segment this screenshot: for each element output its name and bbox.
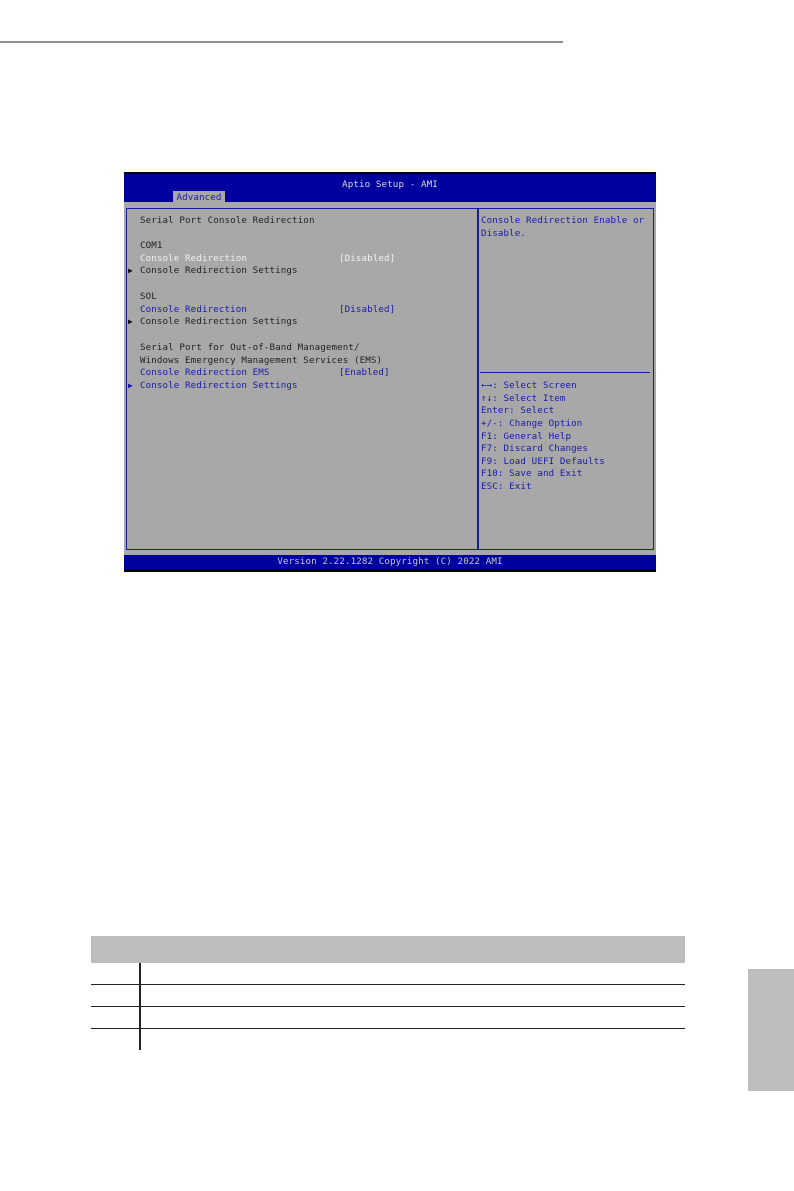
table-header	[91, 936, 685, 963]
key-hint-general-help: F1: General Help	[481, 431, 571, 443]
sol-console-redirection-value[interactable]: [Disabled]	[339, 304, 395, 316]
sol-label: SOL	[140, 291, 157, 303]
table-row	[91, 985, 685, 1007]
com1-label: COM1	[140, 240, 163, 252]
key-hint-exit: ESC: Exit	[481, 481, 532, 493]
table-row	[91, 963, 685, 985]
key-hint-save-exit: F10: Save and Exit	[481, 468, 582, 480]
bios-footer: Version 2.22.1282 Copyright (C) 2022 AMI	[124, 555, 656, 569]
page-header-rule	[0, 41, 563, 43]
bios-title: Aptio Setup - AMI	[124, 179, 656, 190]
ems-heading-line2: Windows Emergency Management Services (E…	[140, 355, 382, 367]
table-column-divider	[139, 963, 141, 1050]
section-title: Serial Port Console Redirection	[140, 215, 315, 227]
ems-heading-line1: Serial Port for Out-of-Band Management/	[140, 342, 360, 354]
key-hint-enter: Enter: Select	[481, 405, 554, 417]
language-side-tab	[748, 969, 794, 1091]
table-row	[91, 1007, 685, 1029]
table-row	[91, 1029, 685, 1050]
ems-console-redirection-value[interactable]: [Enabled]	[339, 367, 390, 379]
help-description-line1: Console Redirection Enable or	[481, 215, 644, 227]
com1-console-redirection-settings[interactable]: Console Redirection Settings	[140, 265, 298, 277]
key-hint-select-item: ↑↓: Select Item	[481, 393, 565, 405]
key-hint-change-option: +/-: Change Option	[481, 418, 582, 430]
sol-console-redirection-settings[interactable]: Console Redirection Settings	[140, 316, 298, 328]
help-description-line2: Disable.	[481, 228, 526, 240]
submenu-arrow-icon: ▶	[128, 380, 133, 392]
bios-help-panel	[478, 208, 654, 550]
bios-body: Serial Port Console Redirection COM1 Con…	[124, 202, 656, 555]
help-separator	[480, 372, 650, 373]
sol-console-redirection[interactable]: Console Redirection	[140, 304, 247, 316]
ems-console-redirection-settings[interactable]: Console Redirection Settings	[140, 380, 298, 392]
options-table	[91, 936, 685, 1050]
key-hint-discard-changes: F7: Discard Changes	[481, 443, 588, 455]
bios-title-bar: Aptio Setup - AMI Advanced	[124, 174, 656, 204]
key-hint-load-defaults: F9: Load UEFI Defaults	[481, 456, 605, 468]
submenu-arrow-icon: ▶	[128, 265, 133, 277]
com1-console-redirection[interactable]: Console Redirection	[140, 253, 247, 265]
key-hint-select-screen: ←→: Select Screen	[481, 380, 577, 392]
ems-console-redirection[interactable]: Console Redirection EMS	[140, 367, 270, 379]
submenu-arrow-icon: ▶	[128, 316, 133, 328]
bios-screenshot: Aptio Setup - AMI Advanced Serial Port C…	[124, 172, 656, 572]
com1-console-redirection-value[interactable]: [Disabled]	[339, 253, 395, 265]
